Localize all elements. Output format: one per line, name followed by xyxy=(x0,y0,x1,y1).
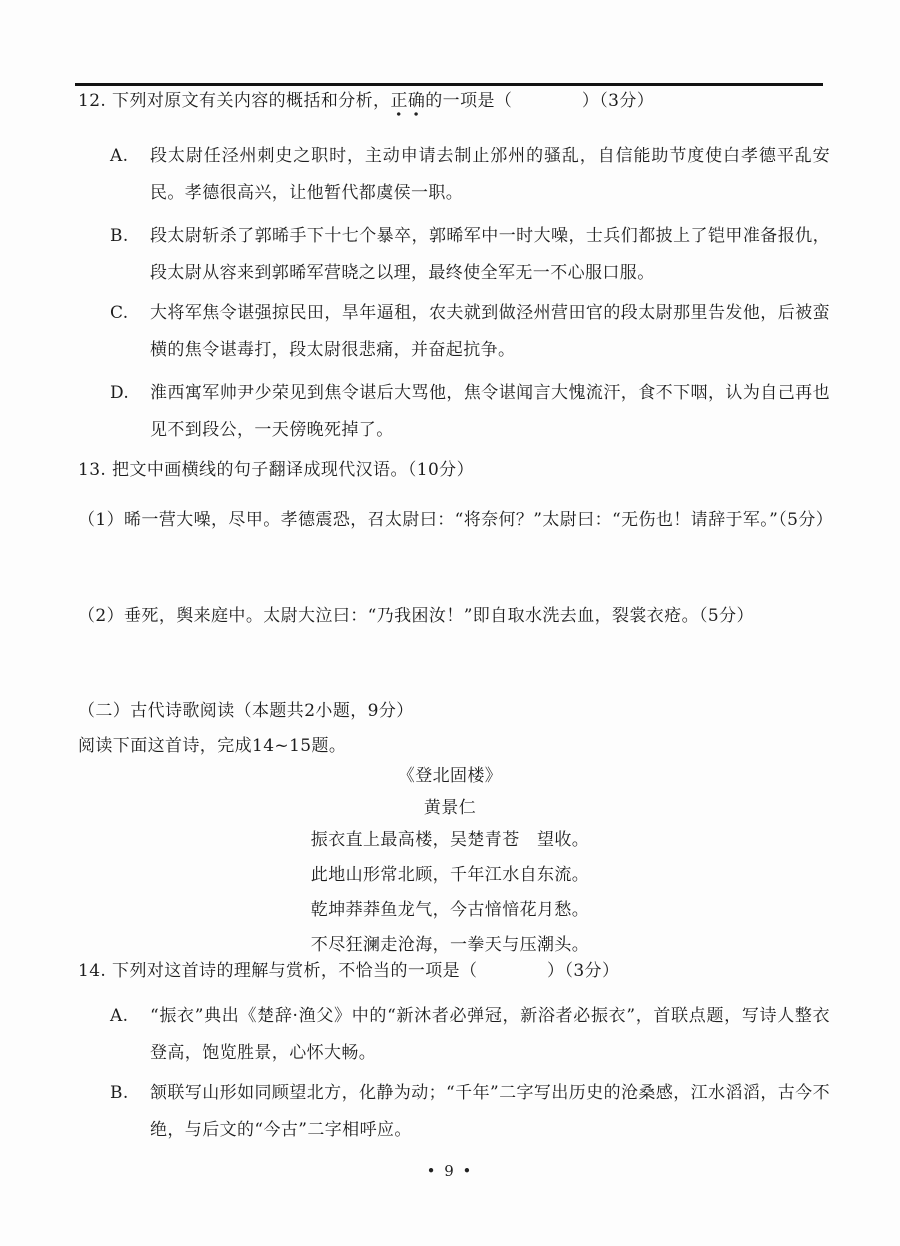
q12-option-b-text: 段太尉斩杀了郭晞手下十七个暴卒，郭晞军中一时大噪，士兵们都披上了铠甲准备报仇，段… xyxy=(150,218,830,292)
q12-option-a: A. 段太尉任泾州刺史之职时，主动申请去制止邠州的骚乱，自信能助节度使白孝德平乱… xyxy=(110,138,830,212)
q12-stem-post: 的一项是（ ）（3分） xyxy=(425,91,654,111)
q12-option-a-text: 段太尉任泾州刺史之职时，主动申请去制止邠州的骚乱，自信能助节度使白孝德平乱安民。… xyxy=(150,138,830,212)
q12-option-b: B. 段太尉斩杀了郭晞手下十七个暴卒，郭晞军中一时大噪，士兵们都披上了铠甲准备报… xyxy=(110,218,830,292)
poem-line-1: 振衣直上最高楼，吴楚青苍 望收。 xyxy=(0,823,900,858)
q13-sentence-2: （2）垂死，舆来庭中。太尉大泣曰：“乃我困汝！”即自取水洗去血，裂裳衣疮。（5分… xyxy=(78,598,850,635)
q12-option-c: C. 大将军焦令谌强掠民田，旱年逼租，农夫就到做泾州营田官的段太尉那里告发他，后… xyxy=(110,295,830,369)
q12-option-c-text: 大将军焦令谌强掠民田，旱年逼租，农夫就到做泾州营田官的段太尉那里告发他，后被蛮横… xyxy=(150,295,830,369)
q14-option-a-text: “振衣”典出《楚辞·渔父》中的“新沐者必弹冠，新浴者必振衣”，首联点题，写诗人整… xyxy=(150,998,830,1072)
poem-author: 黄景仁 xyxy=(0,790,900,827)
q12-option-b-letter: B. xyxy=(110,218,150,292)
q12-stem-emphasis: 正确 xyxy=(390,91,425,116)
q12-option-c-letter: C. xyxy=(110,295,150,369)
question-13-stem: 13. 把文中画横线的句子翻译成现代汉语。（10分） xyxy=(78,452,850,489)
page-number: • 9 • xyxy=(0,1153,900,1190)
exam-page: 12. 下列对原文有关内容的概括和分析，正确的一项是（ ）（3分） A. 段太尉… xyxy=(0,0,900,1246)
q14-option-b-text: 颔联写山形如同顾望北方，化静为动；“千年”二字写出历史的沧桑感，江水滔滔，古今不… xyxy=(150,1075,830,1149)
poem-body: 振衣直上最高楼，吴楚青苍 望收。 此地山形常北顾，千年江水自东流。 乾坤莽莽鱼龙… xyxy=(0,823,900,963)
q12-option-d-letter: D. xyxy=(110,375,150,449)
q12-option-d-text: 淮西寓军帅尹少荣见到焦令谌后大骂他，焦令谌闻言大愧流汗，食不下咽，认为自己再也见… xyxy=(150,375,830,449)
q13-sentence-1: （1）晞一营大噪，尽甲。孝德震恐，召太尉曰：“将奈何？”太尉曰：“无伤也！请辞于… xyxy=(78,502,850,539)
q12-option-a-letter: A. xyxy=(110,138,150,212)
q14-option-a-letter: A. xyxy=(110,998,150,1072)
q12-option-d: D. 淮西寓军帅尹少荣见到焦令谌后大骂他，焦令谌闻言大愧流汗，食不下咽，认为自己… xyxy=(110,375,830,449)
section-2-header: （二）古代诗歌阅读（本题共2小题，9分） xyxy=(78,693,850,730)
q14-option-b: B. 颔联写山形如同顾望北方，化静为动；“千年”二字写出历史的沧桑感，江水滔滔，… xyxy=(110,1075,830,1149)
q14-option-a: A. “振衣”典出《楚辞·渔父》中的“新沐者必弹冠，新浴者必振衣”，首联点题，写… xyxy=(110,998,830,1072)
q12-stem-pre: 12. 下列对原文有关内容的概括和分析， xyxy=(78,91,390,111)
poem-line-3: 乾坤莽莽鱼龙气，今古愔愔花月愁。 xyxy=(0,893,900,928)
q14-option-b-letter: B. xyxy=(110,1075,150,1149)
question-14-stem: 14. 下列对这首诗的理解与赏析，不恰当的一项是（ ）（3分） xyxy=(78,953,850,990)
question-12-stem: 12. 下列对原文有关内容的概括和分析，正确的一项是（ ）（3分） xyxy=(78,83,850,120)
poem-line-2: 此地山形常北顾，千年江水自东流。 xyxy=(0,858,900,893)
